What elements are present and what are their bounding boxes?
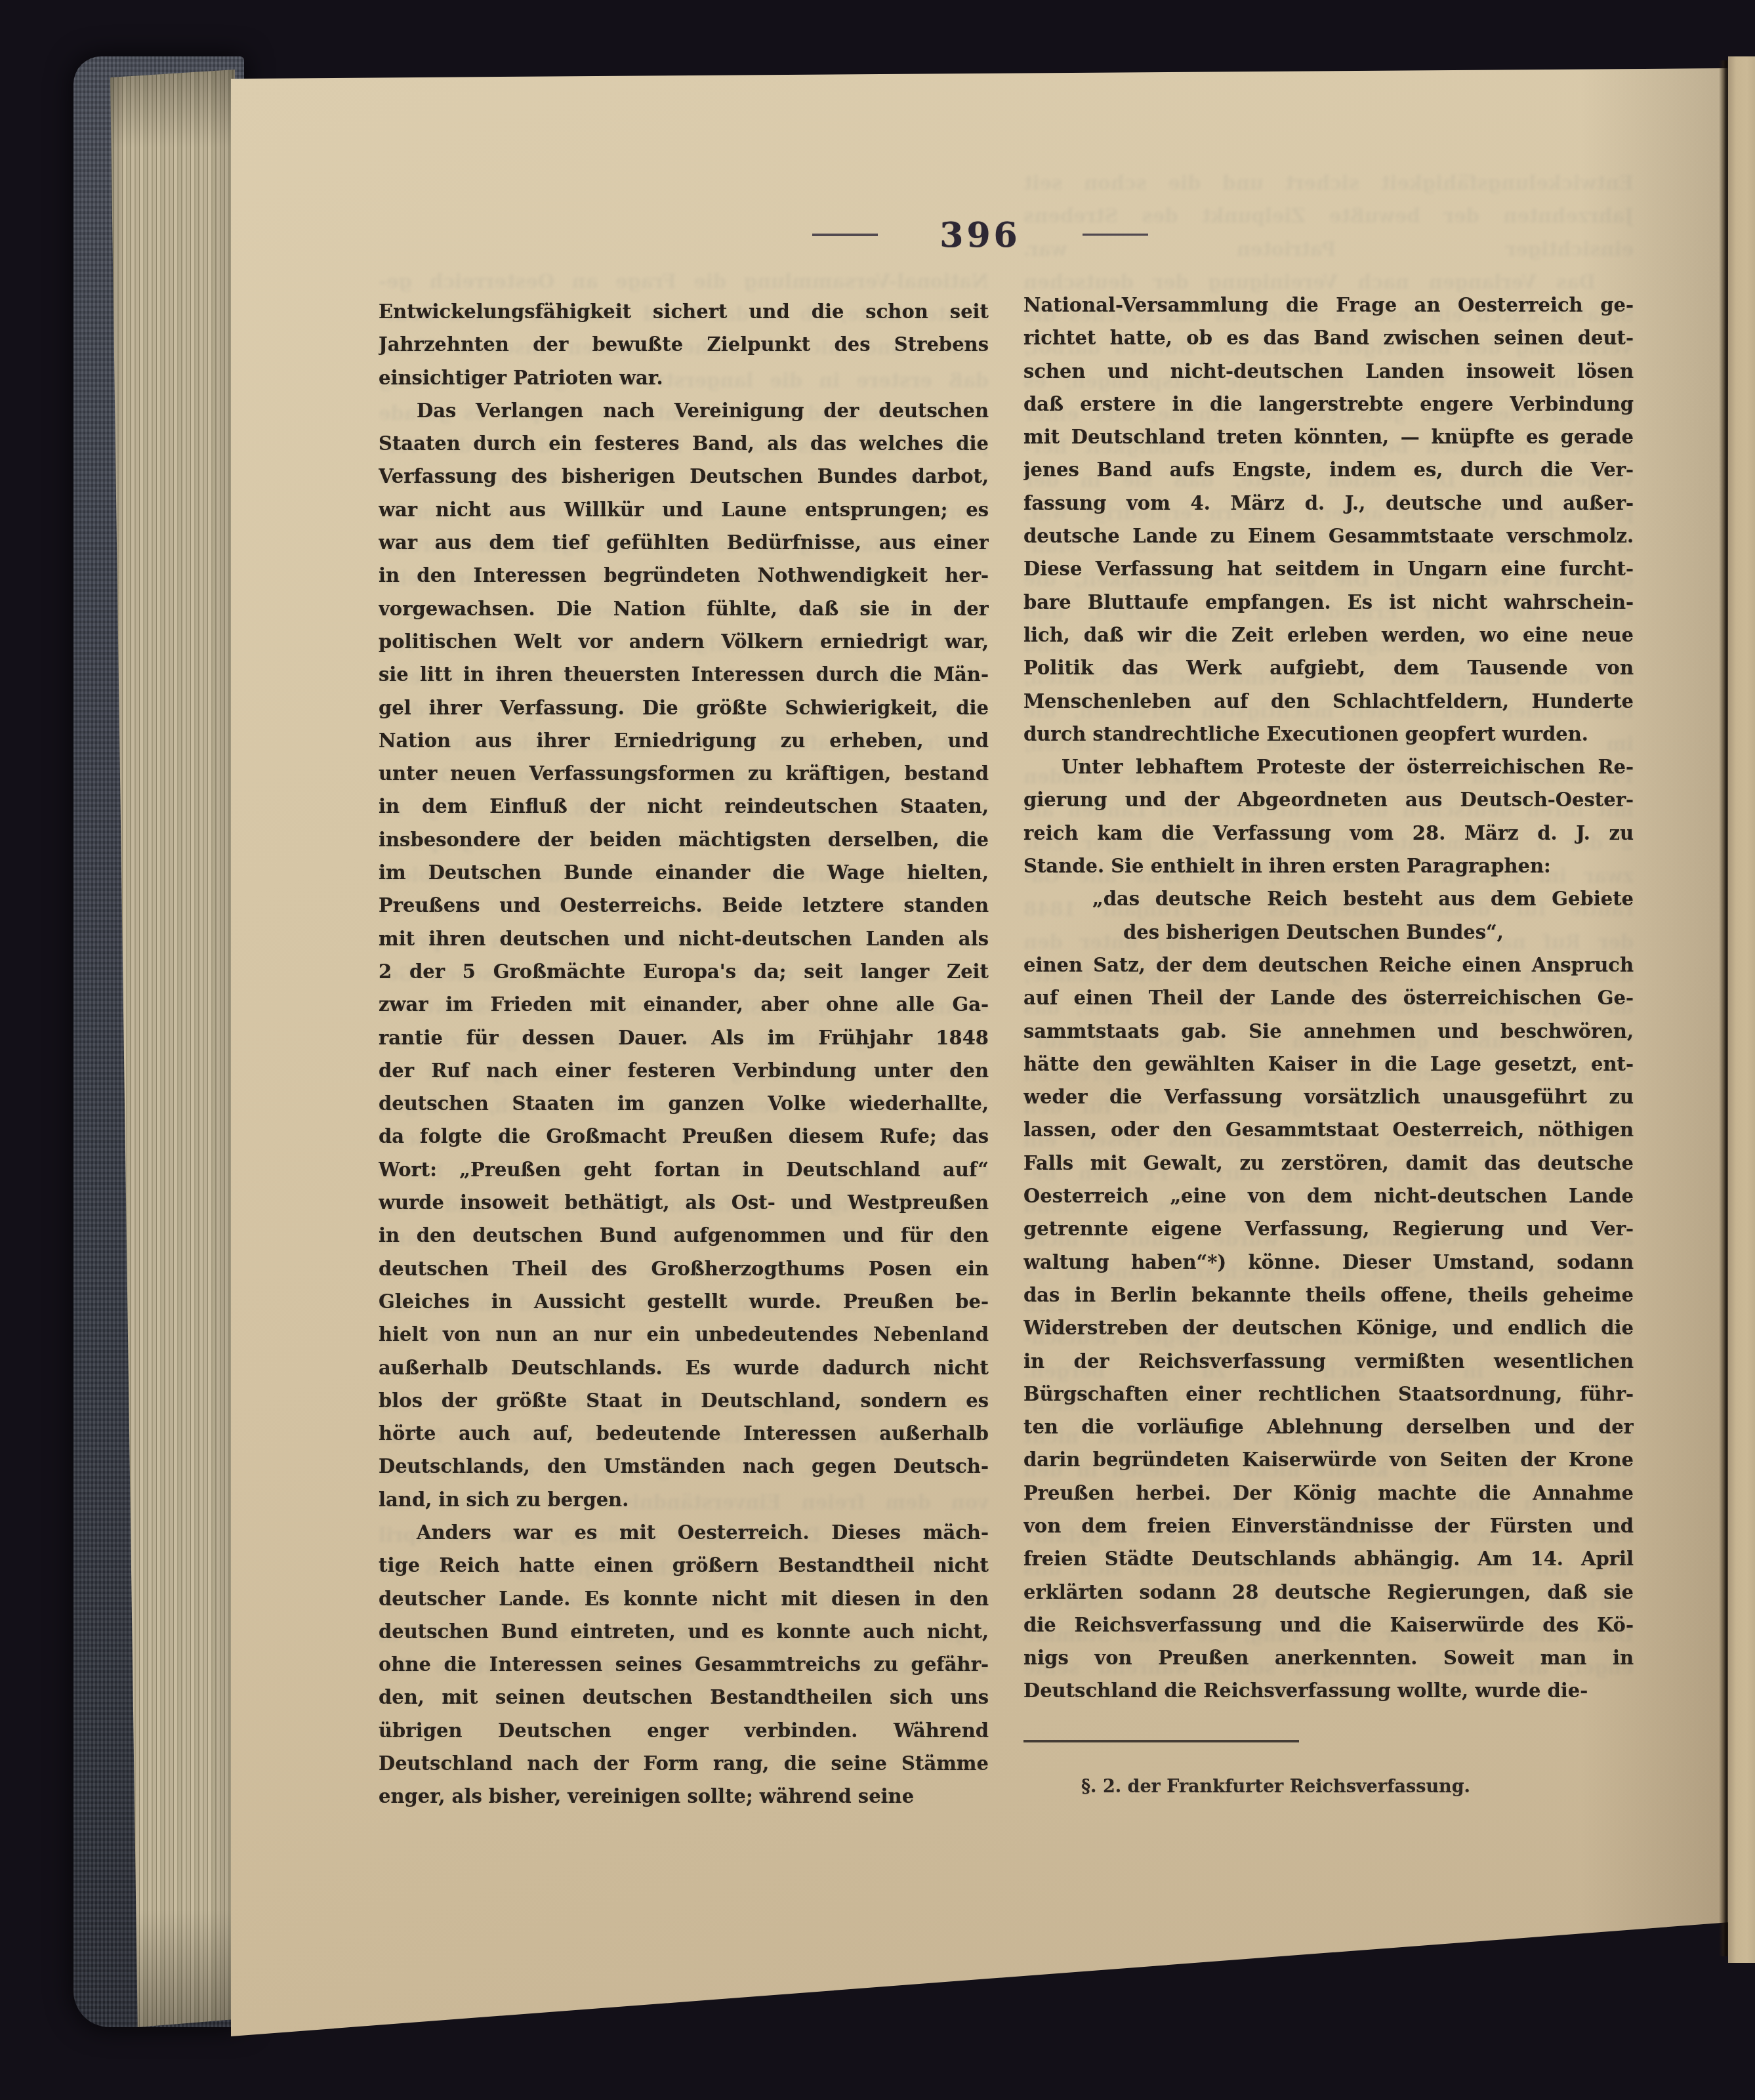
text-line: in den Interessen begründeten Nothwendig… xyxy=(379,559,989,592)
footnote-text: §. 2. der Frankfurter Reichsverfassung. xyxy=(1023,1777,1634,1797)
text-line: unter neuen Verfassungsformen zu kräftig… xyxy=(379,757,989,790)
text-line: schen und nicht-deutschen Landen insowei… xyxy=(1023,355,1634,388)
text-line: National-Versammlung die Frage an Oester… xyxy=(1023,289,1634,321)
text-line: einen Satz, der dem deutschen Reiche ein… xyxy=(1023,949,1634,981)
text-line: Oesterreich „eine von dem nicht-deutsche… xyxy=(1023,1180,1634,1212)
book-page: National-Versammlung die Frage an Oester… xyxy=(231,68,1729,2038)
text-line: hielt von nun an nur ein unbedeutendes N… xyxy=(379,1318,989,1351)
text-line: des bisherigen Deutschen Bundes“, xyxy=(1023,916,1634,949)
text-line: Nation aus ihrer Erniedrigung zu erheben… xyxy=(379,724,989,757)
text-line: darin begründeten Kaiserwürde von Seiten… xyxy=(1023,1443,1634,1476)
text-line: Wort: „Preußen geht fortan in Deutschlan… xyxy=(379,1153,989,1186)
text-line: sammtstaats gab. Sie annehmen und beschw… xyxy=(1023,1015,1634,1048)
text-line: Gleiches in Aussicht gestellt wurde. Pre… xyxy=(379,1285,989,1318)
text-line: wurde insoweit bethätigt, als Ost- und W… xyxy=(379,1186,989,1219)
text-column-left: Entwickelungsfähigkeit sichert und die s… xyxy=(379,295,989,1813)
page-number-dash-left xyxy=(812,234,878,236)
text-line: enger, als bisher, vereinigen sollte; wä… xyxy=(379,1780,989,1813)
text-line: vorgewachsen. Die Nation fühlte, daß sie… xyxy=(379,592,989,625)
text-line: Menschenleben auf den Schlachtfeldern, H… xyxy=(1023,685,1634,718)
text-line: politischen Welt vor andern Völkern erni… xyxy=(379,625,989,658)
text-line: reich kam die Verfassung vom 28. März d.… xyxy=(1023,817,1634,850)
text-line: richtet hatte, ob es das Band zwischen s… xyxy=(1023,321,1634,354)
text-line: Das Verlangen nach Vereinigung der deuts… xyxy=(379,394,989,427)
text-line: war aus dem tief gefühlten Bedürfnisse, … xyxy=(379,526,989,559)
text-line: ten die vorläufige Ablehnung derselben u… xyxy=(1023,1410,1634,1443)
text-line: der Ruf nach einer festeren Verbindung u… xyxy=(379,1054,989,1087)
text-line: hätte den gewählten Kaiser in die Lage g… xyxy=(1023,1048,1634,1081)
text-line: freien Städte Deutschlands abhängig. Am … xyxy=(1023,1542,1634,1575)
footnote-separator xyxy=(1023,1740,1299,1742)
page-header: 396 xyxy=(231,209,1729,261)
text-line: Falls mit Gewalt, zu zerstören, damit da… xyxy=(1023,1147,1634,1180)
text-line: lassen, oder den Gesammtstaat Oesterreic… xyxy=(1023,1113,1634,1146)
page-number-dash-right xyxy=(1083,234,1148,236)
text-line: mit Deutschland treten könnten, — knüpft… xyxy=(1023,421,1634,453)
text-line: Bürgschaften einer rechtlichen Staatsord… xyxy=(1023,1378,1634,1410)
text-line: ohne die Interessen seines Gesammtreichs… xyxy=(379,1648,989,1681)
text-column-right: National-Versammlung die Frage an Oester… xyxy=(1023,289,1634,1708)
text-line: deutschen Theil des Großherzogthums Pose… xyxy=(379,1252,989,1285)
text-line: Entwickelungsfähigkeit sichert und die s… xyxy=(379,295,989,328)
text-line: Verfassung des bisherigen Deutschen Bund… xyxy=(379,460,989,493)
text-line: Anders war es mit Oesterreich. Dieses mä… xyxy=(379,1516,989,1549)
text-line: fassung vom 4. März d. J., deutsche und … xyxy=(1023,487,1634,520)
text-line: Politik das Werk aufgiebt, dem Tausende … xyxy=(1023,651,1634,684)
text-line: blos der größte Staat in Deutschland, so… xyxy=(379,1384,989,1417)
text-line: Preußen herbei. Der König machte die Ann… xyxy=(1023,1477,1634,1510)
text-line: land, in sich zu bergen. xyxy=(379,1483,989,1516)
text-line: bare Bluttaufe empfangen. Es ist nicht w… xyxy=(1023,586,1634,619)
text-line: Deutschlands, den Umständen nach gegen D… xyxy=(379,1450,989,1483)
text-line: waltung haben“*) könne. Dieser Umstand, … xyxy=(1023,1246,1634,1279)
text-line: sie litt in ihren theuersten Interessen … xyxy=(379,658,989,691)
text-line: deutschen Bund eintreten, und es konnte … xyxy=(379,1615,989,1648)
text-line: in der Reichsverfassung vermißten wesent… xyxy=(1023,1345,1634,1378)
text-line: Stande. Sie enthielt in ihren ersten Par… xyxy=(1023,850,1634,882)
text-line: daß erstere in die langerstrebte engere … xyxy=(1023,388,1634,421)
text-line: deutscher Lande. Es konnte nicht mit die… xyxy=(379,1582,989,1615)
text-line: gierung und der Abgeordneten aus Deutsch… xyxy=(1023,783,1634,816)
photo-background: National-Versammlung die Frage an Oester… xyxy=(0,0,1755,2100)
text-line: rantie für dessen Dauer. Als im Frühjahr… xyxy=(379,1021,989,1054)
text-line: 2 der 5 Großmächte Europa's da; seit lan… xyxy=(379,955,989,988)
text-line: mit ihren deutschen und nicht-deutschen … xyxy=(379,922,989,955)
text-line: da folgte die Großmacht Preußen diesem R… xyxy=(379,1120,989,1153)
text-line: lich, daß wir die Zeit erleben werden, w… xyxy=(1023,619,1634,651)
text-line: Deutschland nach der Form rang, die sein… xyxy=(379,1747,989,1780)
text-line: im Deutschen Bunde einander die Wage hie… xyxy=(379,856,989,889)
text-line: Entwickelungsfähigkeit sichert und die s… xyxy=(1023,167,1634,199)
text-line: war nicht aus Willkür und Laune entsprun… xyxy=(379,493,989,526)
text-line: gel ihrer Verfassung. Die größte Schwier… xyxy=(379,691,989,724)
footnote-area: §. 2. der Frankfurter Reichsverfassung. xyxy=(1023,1740,1634,1797)
text-line: weder die Verfassung vorsätzlich unausge… xyxy=(1023,1081,1634,1113)
text-line: auf einen Theil der Lande des österreich… xyxy=(1023,981,1634,1014)
text-line: National-Versammlung die Frage an Oester… xyxy=(379,265,989,298)
text-line: einsichtiger Patrioten war. xyxy=(379,361,989,394)
text-line: außerhalb Deutschlands. Es wurde dadurch… xyxy=(379,1351,989,1384)
text-line: in dem Einfluß der nicht reindeutschen S… xyxy=(379,790,989,823)
text-line: den, mit seinen deutschen Bestandtheilen… xyxy=(379,1681,989,1714)
page-number: 396 xyxy=(939,215,1021,255)
text-line: Jahrzehnten der bewußte Zielpunkt des St… xyxy=(379,328,989,361)
text-line: zwar im Frieden mit einander, aber ohne … xyxy=(379,988,989,1021)
text-line: tige Reich hatte einen größern Bestandth… xyxy=(379,1549,989,1582)
text-line: getrennte eigene Verfassung, Regierung u… xyxy=(1023,1212,1634,1245)
text-line: Unter lebhaftem Proteste der österreichi… xyxy=(1023,751,1634,783)
text-line: von dem freien Einverständnisse der Fürs… xyxy=(1023,1510,1634,1542)
text-line: Preußens und Oesterreichs. Beide letzter… xyxy=(379,889,989,922)
text-line: in den deutschen Bund aufgenommen und fü… xyxy=(379,1219,989,1252)
text-line: deutsche Lande zu Einem Gesammtstaate ve… xyxy=(1023,520,1634,552)
text-line: übrigen Deutschen enger verbinden. Währe… xyxy=(379,1714,989,1747)
text-line: deutschen Staaten im ganzen Volke wieder… xyxy=(379,1087,989,1120)
text-line: das in Berlin bekannte theils offene, th… xyxy=(1023,1279,1634,1311)
text-line: durch standrechtliche Executionen geopfe… xyxy=(1023,718,1634,751)
text-line: hörte auch auf, bedeutende Interessen au… xyxy=(379,1417,989,1450)
text-line: nigs von Preußen anerkennten. Soweit man… xyxy=(1023,1641,1634,1674)
text-line: die Reichsverfassung und die Kaiserwürde… xyxy=(1023,1609,1634,1641)
text-line: erklärten sodann 28 deutsche Regierungen… xyxy=(1023,1576,1634,1609)
text-line: insbesondere der beiden mächtigsten ders… xyxy=(379,823,989,856)
text-line: Widerstreben der deutschen Könige, und e… xyxy=(1023,1311,1634,1344)
text-line: Deutschland die Reichsverfassung wollte,… xyxy=(1023,1674,1634,1707)
text-line: Staaten durch ein festeres Band, als das… xyxy=(379,427,989,460)
text-line: jenes Band aufs Engste, indem es, durch … xyxy=(1023,453,1634,486)
text-line: Diese Verfassung hat seitdem in Ungarn e… xyxy=(1023,552,1634,585)
text-line: „das deutsche Reich besteht aus dem Gebi… xyxy=(1023,882,1634,915)
facing-page-edge xyxy=(1728,56,1755,1963)
